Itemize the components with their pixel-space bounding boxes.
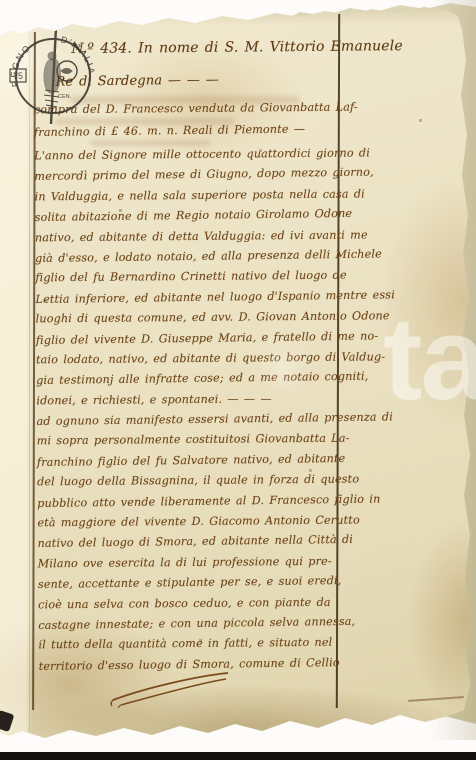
manuscript-line: solita abitazione di me Regio notaio Gir… bbox=[35, 207, 341, 231]
manuscript-page: REGNO D'ITALIA 75 CEN. N.º 434. In nome … bbox=[0, 0, 476, 760]
manuscript-line: castagne innestate; e con una piccola se… bbox=[38, 615, 344, 639]
watermark-fragment bbox=[258, 338, 308, 398]
signature-flourish bbox=[105, 668, 235, 708]
revenue-stamp: REGNO D'ITALIA 75 CEN. bbox=[3, 24, 103, 124]
stamp-value: 75 bbox=[13, 71, 23, 81]
foxing-specks bbox=[0, 0, 1, 1]
manuscript-line: già d'esso, e lodato notaio, ed alla pre… bbox=[35, 248, 341, 272]
fold-crease bbox=[29, 34, 30, 732]
manuscript-line: Lettia inferiore, ed abitante nel luogo … bbox=[35, 289, 341, 313]
manuscript-line: luoghi di questa comune, ed avv. D. Giov… bbox=[36, 310, 342, 333]
manuscript-line: franchino figlio del fu Salvatore nativo… bbox=[37, 452, 343, 476]
manuscript-line: pubblico atto vende liberamente al D. Fr… bbox=[37, 493, 343, 517]
scanner-edge bbox=[0, 752, 476, 760]
manuscript-line: franchino di £ 46. m. n. Reali di Piemon… bbox=[34, 122, 340, 150]
manuscript-line: ad ognuno sia manifesto essersi avanti, … bbox=[36, 411, 342, 435]
manuscript-line: del luogo della Bissagnina, il quale in … bbox=[37, 473, 343, 496]
stamp-unit: CEN. bbox=[58, 94, 72, 100]
ink-scratch bbox=[408, 696, 464, 702]
manuscript-scan: REGNO D'ITALIA 75 CEN. N.º 434. In nome … bbox=[0, 0, 476, 760]
manuscript-line: sente, accettante e stipulante per se, e… bbox=[38, 574, 344, 598]
